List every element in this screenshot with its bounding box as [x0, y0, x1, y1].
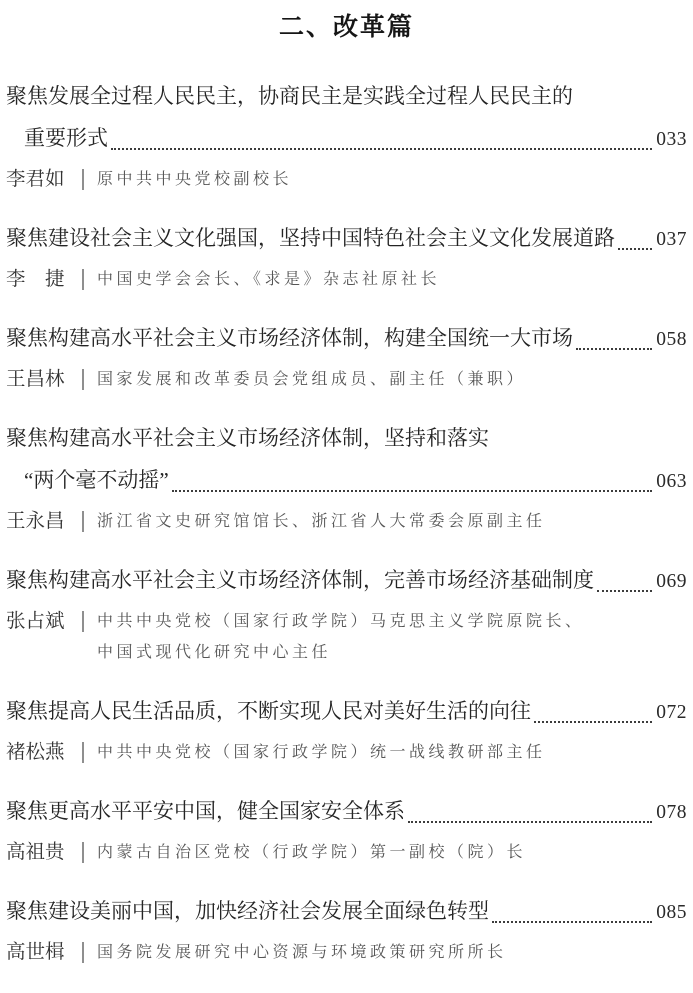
toc-page: 二、改革篇 聚焦发展全过程人民民主，协商民主是实践全过程人民民主的重要形式033…: [0, 0, 693, 993]
chapter-title-text: 聚焦更高水平平安中国，健全国家安全体系: [6, 790, 405, 832]
dot-leader: [408, 821, 652, 823]
chapter-title-line: 聚焦构建高水平社会主义市场经济体制，坚持和落实: [6, 417, 687, 459]
dot-leader: [172, 490, 653, 492]
dot-leader: [576, 348, 652, 350]
author-affiliation: 内蒙古自治区党校（行政学院）第一副校（院）长: [97, 837, 526, 868]
author-affiliation-line: 原中共中央党校副校长: [97, 164, 292, 195]
chapter-title-text: 重要形式: [6, 117, 108, 159]
chapter-title-text: 聚焦提高人民生活品质，不断实现人民对美好生活的向往: [6, 690, 531, 732]
author-affiliation-line: 中国史学会会长、《求是》杂志社原社长: [97, 264, 440, 295]
entry-title-lines: 聚焦构建高水平社会主义市场经济体制，构建全国统一大市场058: [6, 317, 687, 359]
entry-author-row: 王永昌 浙江省文史研究馆馆长、浙江省人大常委会原副主任: [6, 501, 687, 543]
author-affiliation-line: 国家发展和改革委员会党组成员、副主任（兼职）: [97, 364, 526, 395]
chapter-title-text: 聚焦构建高水平社会主义市场经济体制，坚持和落实: [6, 417, 489, 459]
chapter-title-text: 聚焦发展全过程人民民主，协商民主是实践全过程人民民主的: [6, 75, 573, 117]
author-separator-bar: [82, 742, 84, 763]
entry-author-row: 褚松燕 中共中央党校（国家行政学院）统一战线教研部主任: [6, 732, 687, 774]
chapter-title-text: 聚焦建设美丽中国，加快经济社会发展全面绿色转型: [6, 890, 489, 932]
entry-author-row: 李 捷 中国史学会会长、《求是》杂志社原社长: [6, 259, 687, 301]
page-number: 033: [656, 119, 687, 161]
author-separator-bar: [82, 611, 84, 632]
chapter-title-line: 聚焦建设美丽中国，加快经济社会发展全面绿色转型085: [6, 890, 687, 932]
chapter-title-line: 重要形式033: [6, 117, 687, 159]
dot-leader: [492, 921, 652, 923]
toc-entry: 聚焦建设美丽中国，加快经济社会发展全面绿色转型085 高世楫 国务院发展研究中心…: [6, 890, 687, 974]
entry-title-lines: 聚焦建设社会主义文化强国，坚持中国特色社会主义文化发展道路037: [6, 217, 687, 259]
entry-author-row: 张占斌 中共中央党校（国家行政学院）马克思主义学院原院长、中国式现代化研究中心主…: [6, 601, 687, 674]
author-affiliation: 国家发展和改革委员会党组成员、副主任（兼职）: [97, 364, 526, 395]
chapter-title-line: 聚焦构建高水平社会主义市场经济体制，完善市场经济基础制度069: [6, 559, 687, 601]
page-number: 078: [656, 792, 687, 834]
author-affiliation-line: 内蒙古自治区党校（行政学院）第一副校（院）长: [97, 837, 526, 868]
entry-title-lines: 聚焦构建高水平社会主义市场经济体制，完善市场经济基础制度069: [6, 559, 687, 601]
toc-entry: 聚焦发展全过程人民民主，协商民主是实践全过程人民民主的重要形式033 李君如 原…: [6, 75, 687, 201]
author-name: 高祖贵: [6, 837, 68, 868]
page-number: 085: [656, 892, 687, 934]
author-name: 李 捷: [6, 264, 68, 295]
chapter-title-line: 聚焦更高水平平安中国，健全国家安全体系078: [6, 790, 687, 832]
author-affiliation: 原中共中央党校副校长: [97, 164, 292, 195]
section-title: 二、改革篇: [6, 12, 687, 42]
page-number: 069: [656, 561, 687, 603]
page-number: 063: [656, 461, 687, 503]
author-name: 王永昌: [6, 506, 68, 537]
author-affiliation: 浙江省文史研究馆馆长、浙江省人大常委会原副主任: [97, 506, 546, 537]
toc-entry: 聚焦建设社会主义文化强国，坚持中国特色社会主义文化发展道路037 李 捷 中国史…: [6, 217, 687, 301]
author-affiliation: 中国史学会会长、《求是》杂志社原社长: [97, 264, 440, 295]
author-affiliation-line: 国务院发展研究中心资源与环境政策研究所所长: [97, 937, 507, 968]
author-name: 高世楫: [6, 937, 68, 968]
entry-title-lines: 聚焦发展全过程人民民主，协商民主是实践全过程人民民主的重要形式033: [6, 75, 687, 159]
author-affiliation-line: 中共中央党校（国家行政学院）统一战线教研部主任: [97, 737, 546, 768]
author-affiliation-line: 中共中央党校（国家行政学院）马克思主义学院原院长、: [97, 606, 585, 637]
chapter-title-text: 聚焦构建高水平社会主义市场经济体制，完善市场经济基础制度: [6, 559, 594, 601]
dot-leader: [618, 248, 652, 250]
chapter-title-line: 聚焦构建高水平社会主义市场经济体制，构建全国统一大市场058: [6, 317, 687, 359]
entry-author-row: 高祖贵 内蒙古自治区党校（行政学院）第一副校（院）长: [6, 832, 687, 874]
entry-title-lines: 聚焦构建高水平社会主义市场经济体制，坚持和落实“两个毫不动摇”063: [6, 417, 687, 501]
author-separator-bar: [82, 511, 84, 532]
author-name: 褚松燕: [6, 737, 68, 768]
author-name: 张占斌: [6, 606, 68, 637]
chapter-title-line: 聚焦建设社会主义文化强国，坚持中国特色社会主义文化发展道路037: [6, 217, 687, 259]
author-affiliation-line: 浙江省文史研究馆馆长、浙江省人大常委会原副主任: [97, 506, 546, 537]
dot-leader: [534, 721, 652, 723]
chapter-title-line: 聚焦发展全过程人民民主，协商民主是实践全过程人民民主的: [6, 75, 687, 117]
page-number: 058: [656, 319, 687, 361]
toc-entry: 聚焦提高人民生活品质，不断实现人民对美好生活的向往072 褚松燕 中共中央党校（…: [6, 690, 687, 774]
entry-author-row: 李君如 原中共中央党校副校长: [6, 159, 687, 201]
entry-title-lines: 聚焦更高水平平安中国，健全国家安全体系078: [6, 790, 687, 832]
entry-author-row: 高世楫 国务院发展研究中心资源与环境政策研究所所长: [6, 932, 687, 974]
dot-leader: [597, 590, 652, 592]
chapter-title-text: 聚焦构建高水平社会主义市场经济体制，构建全国统一大市场: [6, 317, 573, 359]
page-number: 072: [656, 692, 687, 734]
author-affiliation: 国务院发展研究中心资源与环境政策研究所所长: [97, 937, 507, 968]
author-name: 李君如: [6, 164, 68, 195]
author-affiliation-line: 中国式现代化研究中心主任: [97, 637, 585, 668]
dot-leader: [111, 148, 652, 150]
author-separator-bar: [82, 842, 84, 863]
author-name: 王昌林: [6, 364, 68, 395]
toc-entry: 聚焦更高水平平安中国，健全国家安全体系078 高祖贵 内蒙古自治区党校（行政学院…: [6, 790, 687, 874]
page-number: 037: [656, 219, 687, 261]
author-separator-bar: [82, 269, 84, 290]
entry-title-lines: 聚焦建设美丽中国，加快经济社会发展全面绿色转型085: [6, 890, 687, 932]
toc-entry: 聚焦构建高水平社会主义市场经济体制，坚持和落实“两个毫不动摇”063 王永昌 浙…: [6, 417, 687, 543]
chapter-title-text: “两个毫不动摇”: [6, 459, 169, 501]
chapter-title-line: “两个毫不动摇”063: [6, 459, 687, 501]
chapter-title-line: 聚焦提高人民生活品质，不断实现人民对美好生活的向往072: [6, 690, 687, 732]
author-separator-bar: [82, 942, 84, 963]
author-separator-bar: [82, 369, 84, 390]
toc-entry-list: 聚焦发展全过程人民民主，协商民主是实践全过程人民民主的重要形式033 李君如 原…: [6, 75, 687, 974]
author-affiliation: 中共中央党校（国家行政学院）马克思主义学院原院长、中国式现代化研究中心主任: [97, 606, 585, 668]
entry-title-lines: 聚焦提高人民生活品质，不断实现人民对美好生活的向往072: [6, 690, 687, 732]
toc-entry: 聚焦构建高水平社会主义市场经济体制，完善市场经济基础制度069 张占斌 中共中央…: [6, 559, 687, 674]
chapter-title-text: 聚焦建设社会主义文化强国，坚持中国特色社会主义文化发展道路: [6, 217, 615, 259]
author-separator-bar: [82, 169, 84, 190]
entry-author-row: 王昌林 国家发展和改革委员会党组成员、副主任（兼职）: [6, 359, 687, 401]
toc-entry: 聚焦构建高水平社会主义市场经济体制，构建全国统一大市场058 王昌林 国家发展和…: [6, 317, 687, 401]
author-affiliation: 中共中央党校（国家行政学院）统一战线教研部主任: [97, 737, 546, 768]
